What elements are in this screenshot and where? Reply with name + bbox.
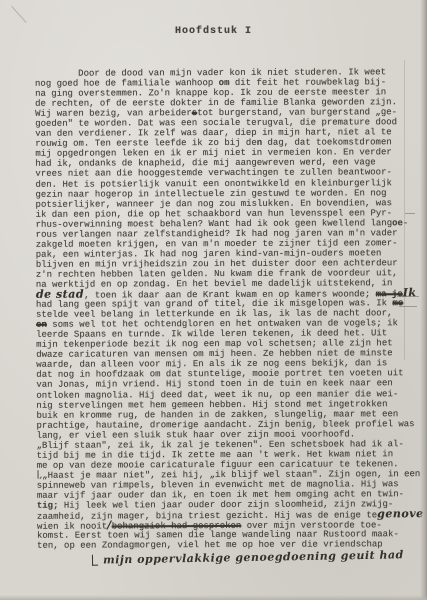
overtyped-text: om [219, 78, 230, 88]
handwritten-annotation: mijn oppervlakkige genoegdoening geuit h… [92, 548, 404, 566]
overtyped-text: oe [392, 218, 403, 228]
typed-text: - [403, 218, 408, 228]
struck-text: me [392, 298, 403, 308]
chapter-heading: Hoofdstuk I [0, 26, 427, 37]
overtyped-text: tig; [37, 501, 59, 511]
handwritten-correction: Ik [403, 286, 417, 299]
handwritten-annotation-text: mijn oppervlakkige genoegdoening geuit h… [103, 548, 404, 566]
scanned-page: Hoofdstuk I Door de dood van mijn vader … [0, 0, 427, 600]
paper-edge-right [420, 0, 427, 600]
struck-text: en [36, 320, 47, 330]
paper-edge-bottom [0, 595, 427, 600]
typewritten-text: Door de dood van mijn vader kon ik niet … [35, 67, 407, 551]
insertion-mark-icon [92, 555, 98, 566]
scan-corner-mark [11, 6, 26, 23]
margin-mark [405, 213, 415, 214]
